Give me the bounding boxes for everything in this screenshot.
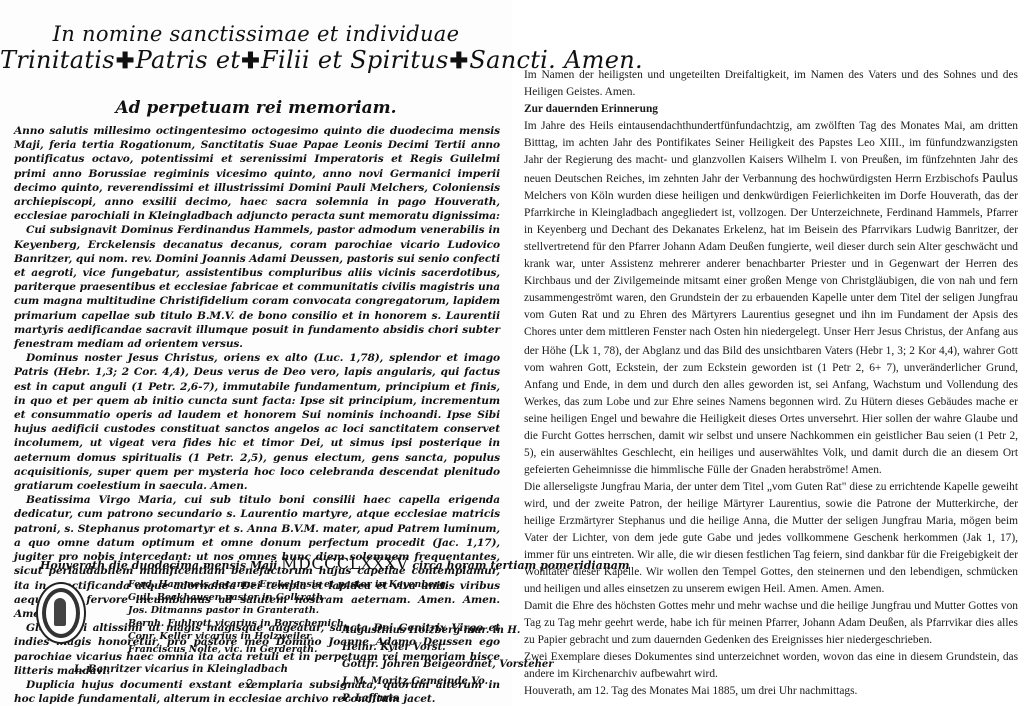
signature-vicar: L. Banritzer vicarius in Kleingladbach — [74, 664, 288, 675]
invocation-part: Trinitatis — [0, 46, 115, 74]
saint-figure-icon — [54, 598, 66, 626]
translation-paragraph: Zwei Exemplare dieses Dokumentes sind un… — [524, 649, 1018, 683]
text-run: Melchers von Köln wurden diese heiligen … — [524, 190, 1018, 357]
manuscript-paragraph: Cui subsignavit Dominus Ferdinandus Hamm… — [14, 223, 500, 351]
page-number: 2 — [246, 676, 253, 691]
manuscript-paragraph: Dominus noster Jesus Christus, oriens ex… — [14, 351, 500, 493]
text-run: Paulus — [982, 170, 1018, 185]
signature: Heinr. Kyler Vorst. — [342, 639, 554, 656]
latin-manuscript-scan: In nomine sanctissimae et individuae Tri… — [0, 0, 512, 706]
translation-paragraph-main: Im Jahre des Heils eintausendachthundert… — [524, 118, 1018, 479]
manuscript-invocation-line-1: In nomine sanctissimae et individuae — [0, 22, 512, 46]
cross-icon: ✚ — [116, 48, 135, 74]
invocation-part: Patris et — [136, 46, 241, 74]
signatures-right: Augustinus Holzberg mur. in H. Heinr. Ky… — [342, 622, 554, 706]
translation-paragraph: Die allerseligste Jungfrau Maria, der un… — [524, 479, 1018, 598]
signature: Augustinus Holzberg mur. in H. — [342, 622, 554, 639]
translation-paragraph: Damit die Ehre des höchsten Gottes mehr … — [524, 598, 1018, 649]
invocation-part: Filii et Spiritus — [261, 46, 449, 74]
parish-seal-icon — [36, 582, 86, 644]
cross-icon: ✚ — [450, 48, 469, 74]
date-year-roman: MDCCCLXXXV — [281, 554, 408, 573]
translation-invocation: Im Namen der heiligsten und ungeteilten … — [524, 67, 1018, 101]
signature: Jos. Ditmanns pastor in Granterath. — [128, 604, 449, 617]
cross-icon: ✚ — [241, 48, 260, 74]
signature: Ferd. Hammels decanus Erckelensis et pas… — [128, 578, 449, 591]
signature: J. M. Moritz Gemeinde Vo. — [342, 673, 554, 690]
translation-closing: Houverath, am 12. Tag des Monates Mai 18… — [524, 683, 1018, 700]
text-run: 1, 78), der Abglanz und das Bild des uns… — [524, 345, 1018, 476]
manuscript-invocation-line-2: Trinitatis✚Patris et✚Filii et Spiritus✚S… — [0, 46, 512, 74]
translation-heading: Zur dauernden Erinnerung — [524, 101, 1018, 118]
manuscript-date-line: Houverath die duodecima mensis Maji MDCC… — [40, 554, 510, 573]
signature: Gottfr. Jöhren Beigeordnet, Vorsteher — [342, 656, 554, 673]
german-translation: Im Namen der heiligsten und ungeteilten … — [524, 67, 1018, 700]
manuscript-subtitle: Ad perpetuam rei memoriam. — [0, 98, 512, 118]
text-run: Im Jahre des Heils eintausendachthundert… — [524, 120, 1018, 185]
signature: Guil. Beckhausen pastor in Golkrath — [128, 591, 449, 604]
manuscript-paragraph: Anno salutis millesimo octingentesimo oc… — [14, 124, 500, 223]
text-run: (Lk — [569, 342, 589, 357]
document-spread: In nomine sanctissimae et individuae Tri… — [0, 0, 1024, 706]
date-prefix: Houverath die duodecima mensis Maji — [40, 559, 277, 572]
signature: P. Laffarts — [342, 690, 554, 706]
